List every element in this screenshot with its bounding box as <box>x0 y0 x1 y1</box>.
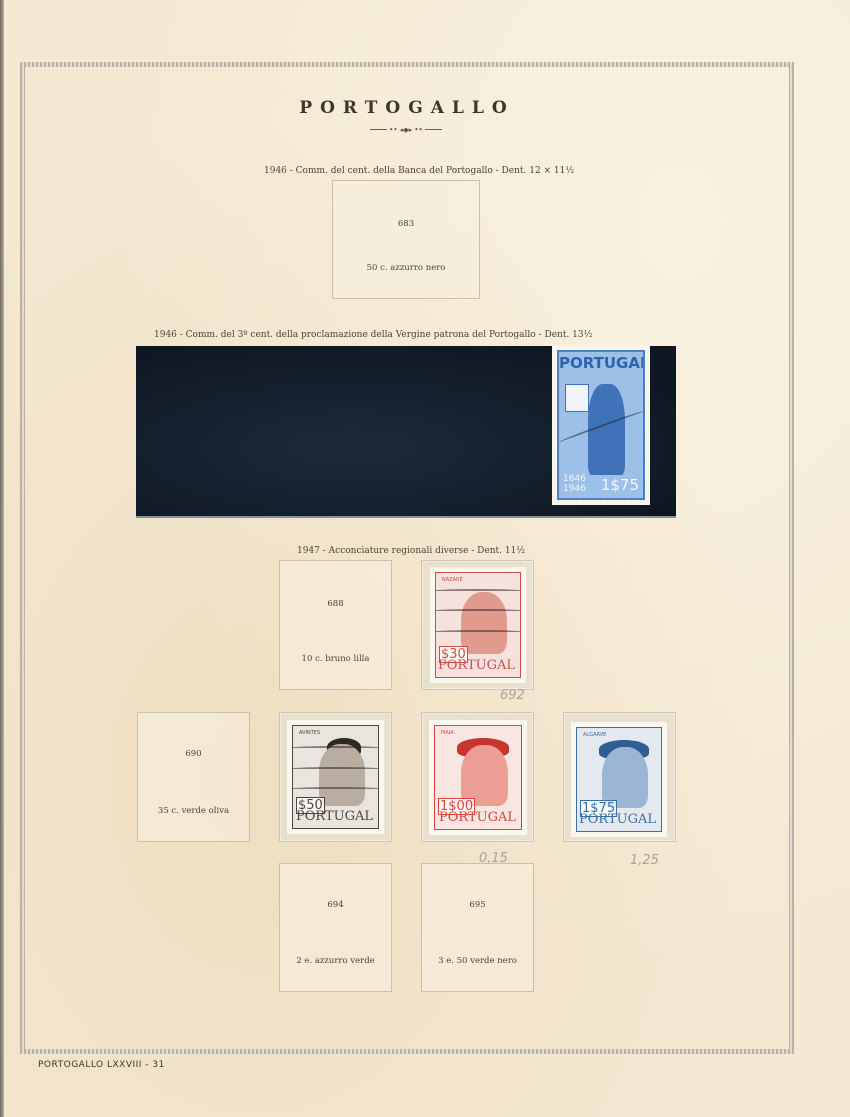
ornament-glyph-icon: •• ◂◆▸ •• <box>387 128 424 132</box>
slot-description: 35 c. verde oliva <box>138 806 249 816</box>
stamp-country: PORTUGAL <box>559 354 643 372</box>
postmark-cancel <box>292 767 379 771</box>
pencil-note: 692 <box>500 688 525 703</box>
stamp-region: ALGARVE <box>583 732 606 738</box>
woman-portrait-icon <box>319 744 366 805</box>
stamp-avintes-50c[interactable]: AVINTES $50 PORTUGAL <box>287 720 384 834</box>
slot-number: 694 <box>280 900 391 910</box>
stamp-slot-695: 695 3 e. 50 verde nero <box>421 863 534 992</box>
stamp-country: PORTUGAL <box>438 658 515 673</box>
stamp-region: AVINTES <box>299 730 320 736</box>
stamp-value: 1$75 <box>601 476 639 494</box>
title-ornament: •• ◂◆▸ •• <box>370 128 442 132</box>
stamp-region: NAZARÉ <box>442 577 463 583</box>
section-caption-1947-acconciature: 1947 - Acconciature regionali diverse - … <box>297 546 525 556</box>
stamp-design: ALGARVE 1$75 PORTUGAL <box>576 727 662 832</box>
stamp-years: 1646 1946 <box>563 474 589 494</box>
slot-number: 683 <box>333 219 479 229</box>
stamp-design: MAIA 1$00 PORTUGAL <box>434 725 522 830</box>
section-caption-1946-vergine: 1946 - Comm. del 3º cent. della proclama… <box>154 330 592 340</box>
slot-number: 688 <box>280 599 391 609</box>
postmark-cancel <box>435 630 521 634</box>
stamp-slot-694: 694 2 e. azzurro verde <box>279 863 392 992</box>
woman-portrait-icon <box>461 592 507 654</box>
stamp-region: MAIA <box>441 730 454 736</box>
slot-number: 690 <box>138 749 249 759</box>
section-caption-1946-banca: 1946 - Comm. del cent. della Banca del P… <box>264 166 574 176</box>
binding-edge <box>0 0 4 1117</box>
page-title: PORTOGALLO <box>0 98 814 118</box>
stamp-country: PORTUGAL <box>579 812 656 827</box>
stamp-design: PORTUGAL 1646 1946 1$75 <box>557 350 645 500</box>
stamp-maia-1e[interactable]: MAIA 1$00 PORTUGAL <box>429 720 527 835</box>
slot-description: 10 c. bruno lilla <box>280 654 391 664</box>
coat-of-arms-icon <box>565 384 589 412</box>
stamp-slot-688: 688 10 c. bruno lilla <box>279 560 392 690</box>
stamp-design: AVINTES $50 PORTUGAL <box>292 725 379 829</box>
stamp-virgin-patroness-1s75[interactable]: PORTUGAL 1646 1946 1$75 <box>552 345 650 505</box>
stamp-slot-683: 683 50 c. azzurro nero <box>332 180 480 299</box>
stamp-country: PORTUGAL <box>439 810 516 825</box>
slot-number: 695 <box>422 900 533 910</box>
postmark-cancel <box>292 787 379 791</box>
stamp-slot-690: 690 35 c. verde oliva <box>137 712 250 842</box>
slot-description: 3 e. 50 verde nero <box>422 956 533 966</box>
page-footer: PORTOGALLO LXXVIII - 31 <box>38 1060 165 1070</box>
stamp-nazare-30c[interactable]: NAZARÉ $30 PORTUGAL <box>430 567 526 683</box>
stamp-algarve-1s75[interactable]: ALGARVE 1$75 PORTUGAL <box>571 722 667 837</box>
slot-description: 2 e. azzurro verde <box>280 956 391 966</box>
slot-description: 50 c. azzurro nero <box>333 263 479 273</box>
postmark-cancel <box>292 746 379 750</box>
pencil-note: 1,25 <box>630 853 659 868</box>
stamp-design: NAZARÉ $30 PORTUGAL <box>435 572 521 678</box>
stamp-country: PORTUGAL <box>296 809 373 824</box>
postmark-cancel <box>435 589 521 593</box>
postmark-cancel <box>435 609 521 613</box>
